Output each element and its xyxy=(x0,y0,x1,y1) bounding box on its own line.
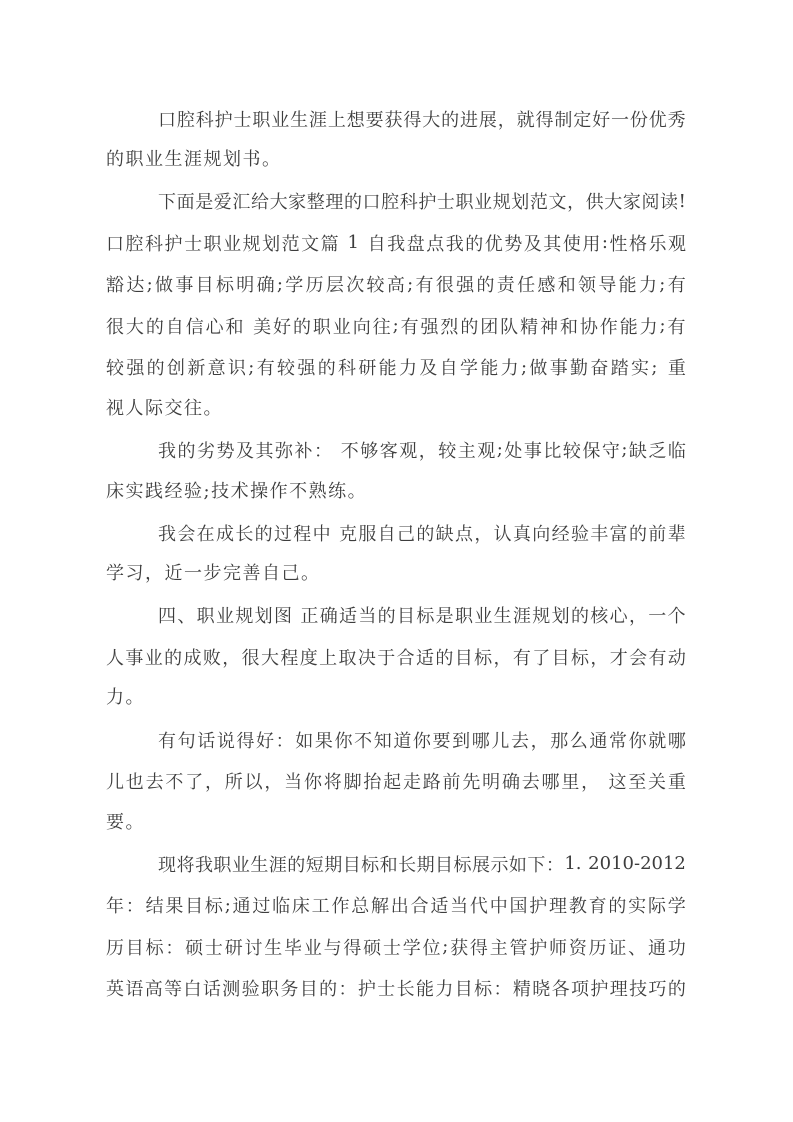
text-token: ; xyxy=(277,274,283,295)
text-token: 心 xyxy=(610,602,628,628)
text-line: 人事业的成败，很大程度上取决于合适的目标，有了目标，才会有动 xyxy=(106,636,686,677)
text-line: 年：结果目标;通过临床工作总解出合适当代中国护理教育的实际学 xyxy=(106,884,686,925)
text-token: 不 xyxy=(341,437,359,463)
text-token: 涯 xyxy=(309,106,327,132)
text-token: 职 xyxy=(197,602,215,628)
text-token: ; xyxy=(248,357,254,378)
text-token: 动 xyxy=(668,644,686,670)
text-token: 如 xyxy=(295,727,313,753)
text-token: 自 xyxy=(166,313,184,339)
text-token: 职 xyxy=(204,230,222,256)
text-token: 标 xyxy=(216,271,234,297)
text-token: 就 xyxy=(517,106,535,132)
document-body: 口腔科护士职业生涯上想要获得大的进展，就得制定好一份优秀的职业生涯规划书。下面是… xyxy=(106,98,686,1009)
text-token: ， xyxy=(419,437,437,463)
text-token: 划 xyxy=(552,602,570,628)
text-token: 爱 xyxy=(214,188,232,214)
text-token: 有 xyxy=(668,313,686,339)
text-token: 学 xyxy=(460,354,478,380)
text-token: 口 xyxy=(106,230,124,256)
text-token: 技 xyxy=(629,975,647,1001)
text-token: 管 xyxy=(509,934,527,960)
text-token: 关 xyxy=(648,768,666,794)
text-token: 的 xyxy=(629,520,647,546)
text-token: 规 xyxy=(532,602,550,628)
text-line: 视人际交往。 xyxy=(106,388,686,429)
text-token: 学 xyxy=(285,271,303,297)
text-token: 客 xyxy=(380,437,398,463)
text-token: 协 xyxy=(580,313,598,339)
text-token: 明 xyxy=(482,768,500,794)
text-token: 代 xyxy=(470,892,488,918)
text-token: 较 xyxy=(277,354,295,380)
text-token: 语 xyxy=(125,975,143,1001)
text-token: 确 xyxy=(502,768,520,794)
text-token: 处 xyxy=(504,437,522,463)
text-token: 于 xyxy=(377,644,395,670)
text-token: 我 xyxy=(446,230,464,256)
text-token: ： xyxy=(276,727,294,753)
text-token: 得 xyxy=(403,106,421,132)
text-token: 床 xyxy=(292,892,310,918)
text-token: 我 xyxy=(195,851,213,877)
text-token: 示 xyxy=(490,851,508,877)
text-token: 不 xyxy=(354,727,372,753)
text-token: ; xyxy=(521,357,527,378)
text-token xyxy=(293,605,299,626)
text-token: 团 xyxy=(480,313,498,339)
text-token: 优 xyxy=(649,106,667,132)
text-token: 业 xyxy=(223,230,241,256)
text-token: 目 xyxy=(435,851,453,877)
text-token: 图 xyxy=(274,602,292,628)
text-token: 实 xyxy=(631,354,649,380)
text-token: 达 xyxy=(126,271,144,297)
text-token: 及 xyxy=(419,354,437,380)
text-token: 士 xyxy=(377,975,395,1001)
text-token: 力 xyxy=(640,313,658,339)
text-token: 路 xyxy=(423,768,441,794)
text-token: 硕 xyxy=(363,934,381,960)
text-token: 中 xyxy=(490,892,508,918)
text-token: 腔 xyxy=(126,230,144,256)
text-token: 家 xyxy=(288,188,306,214)
text-token: 短 xyxy=(306,851,324,877)
text-token: 劣 xyxy=(197,437,215,463)
text-token: 确 xyxy=(320,602,338,628)
text-token: 我 xyxy=(158,520,176,546)
text-token: 强 xyxy=(420,313,438,339)
text-token: 涯 xyxy=(513,602,531,628)
text-line: 较强的创新意识;有较强的科研能力及自学能力;做事勤奋踏实; 重 xyxy=(106,346,686,387)
text-token: 的 xyxy=(571,602,589,628)
text-token: 势 xyxy=(217,437,235,463)
text-token: 正 xyxy=(300,602,318,628)
text-token: 踏 xyxy=(611,354,629,380)
text-token: 要 xyxy=(433,727,451,753)
text-token: 划 xyxy=(511,188,529,214)
text-token: 士 xyxy=(234,106,252,132)
text-token: 观 xyxy=(477,437,495,463)
text-token: 职 xyxy=(455,602,473,628)
text-token: 的 xyxy=(164,644,182,670)
text-token: 现 xyxy=(158,851,176,877)
text-token: 有 xyxy=(649,644,667,670)
text-token: 到 xyxy=(452,727,470,753)
text-token: 有 xyxy=(257,354,275,380)
text-line: 口腔科护士职业生涯上想要获得大的进展，就得制定好一份优秀 xyxy=(106,98,686,139)
text-token: 职 xyxy=(213,851,231,877)
text-token: ， xyxy=(567,188,585,214)
text-token: 己 xyxy=(397,520,415,546)
text-token: 和 xyxy=(560,313,578,339)
text-token: 测 xyxy=(222,975,240,1001)
text-token: 你 xyxy=(334,727,352,753)
text-token: 如 xyxy=(509,851,527,877)
text-token: 道 xyxy=(393,727,411,753)
text-token: 目 xyxy=(343,851,361,877)
text-token: 神 xyxy=(540,313,558,339)
text-token: 很 xyxy=(242,644,260,670)
text-token: 下 xyxy=(527,851,545,877)
text-token: 导 xyxy=(598,271,616,297)
text-line: 力。 xyxy=(106,677,686,718)
text-token: 成 xyxy=(216,520,234,546)
text-token: 临 xyxy=(272,892,290,918)
text-token: ， xyxy=(205,768,223,794)
text-token: 标 xyxy=(474,975,492,1001)
text-token: 点 xyxy=(426,230,444,256)
text-token: 其 xyxy=(543,230,561,256)
text-token: 用 xyxy=(582,230,600,256)
text-token: 去 xyxy=(522,768,540,794)
text-token: 才 xyxy=(610,644,628,670)
text-token: 当 xyxy=(284,768,302,794)
text-token: 大 xyxy=(261,644,279,670)
text-token: 得 xyxy=(343,934,361,960)
text-token: 想 xyxy=(347,106,365,132)
text-token: 很 xyxy=(436,271,454,297)
text-token: 毕 xyxy=(284,934,302,960)
text-token: 是 xyxy=(436,602,454,628)
text-token: 的 xyxy=(293,313,311,339)
text-token: 力 xyxy=(435,975,453,1001)
text-token: 等 xyxy=(164,975,182,1001)
text-token: 巧 xyxy=(649,975,667,1001)
text-token: ， xyxy=(581,768,599,794)
text-token: 自 xyxy=(440,354,458,380)
text-token: 在 xyxy=(197,520,215,546)
text-token: 理 xyxy=(325,188,343,214)
text-token: 学 xyxy=(403,934,421,960)
text-token: ： xyxy=(546,851,564,877)
text-token: 工 xyxy=(312,892,330,918)
text-token: 识 xyxy=(228,354,246,380)
text-token: 的 xyxy=(668,975,686,1001)
text-token: : xyxy=(602,232,608,253)
text-token: 话 xyxy=(197,727,215,753)
text-token: 我 xyxy=(158,437,176,463)
text-token: 强 xyxy=(126,354,144,380)
text-token: 的 xyxy=(178,437,196,463)
text-token: 秀 xyxy=(668,106,686,132)
text-token: 的 xyxy=(378,602,396,628)
text-token: ： xyxy=(494,975,512,1001)
text-token: 力 xyxy=(639,271,657,297)
text-token: 会 xyxy=(629,644,647,670)
text-token: 生 xyxy=(250,851,268,877)
text-token: 次 xyxy=(346,271,364,297)
text-token xyxy=(334,439,340,460)
text-token: ： xyxy=(126,892,144,918)
text-line: 历目标：硕士研讨生毕业与得硕士学位;获得主管护师资历证、通功 xyxy=(106,926,686,967)
text-token: 确 xyxy=(257,271,275,297)
text-token: 理 xyxy=(610,975,628,1001)
text-token: 当 xyxy=(358,602,376,628)
text-token: ， xyxy=(264,768,282,794)
text-token: 士 xyxy=(205,934,223,960)
text-token: 晓 xyxy=(532,975,550,1001)
text-token: 通 xyxy=(589,727,607,753)
text-token: 及 xyxy=(236,437,254,463)
text-token xyxy=(582,853,588,874)
text-token: 、 xyxy=(177,602,195,628)
text-token: 保 xyxy=(582,437,600,463)
text-token: 2010-2012 xyxy=(588,853,686,874)
text-token: 力 xyxy=(501,354,519,380)
text-token: 标 xyxy=(454,851,472,877)
text-token: 成 xyxy=(184,644,202,670)
text-token: 标 xyxy=(474,644,492,670)
text-line: 我的劣势及其弥补： 不够客观，较主观;处事比较保守;缺乏临 xyxy=(106,429,686,470)
text-token: 的 xyxy=(287,851,305,877)
text-token: 自 xyxy=(368,230,386,256)
text-token: 向 xyxy=(353,313,371,339)
text-token: 乐 xyxy=(648,230,666,256)
text-token: 重 xyxy=(668,354,686,380)
text-token: 起 xyxy=(383,768,401,794)
text-token: 业 xyxy=(474,188,492,214)
text-token: 乏 xyxy=(648,437,666,463)
text-token: 涯 xyxy=(269,851,287,877)
text-token: 儿 xyxy=(491,727,509,753)
text-token: 事 xyxy=(175,271,193,297)
text-token: 大 xyxy=(604,188,622,214)
text-token: 任 xyxy=(517,271,535,297)
text-token: 家 xyxy=(623,188,641,214)
text-token: 做 xyxy=(529,354,547,380)
text-line: 儿也去不了，所以，当你将脚抬起走路前先明确去哪里， 这至关重 xyxy=(106,760,686,801)
text-token: 其 xyxy=(256,437,274,463)
text-token: 决 xyxy=(358,644,376,670)
text-token: 规 xyxy=(235,602,253,628)
text-token: 研 xyxy=(225,934,243,960)
text-token: 心 xyxy=(206,313,224,339)
text-token: 好 xyxy=(592,106,610,132)
text-token: 目 xyxy=(300,975,318,1001)
text-token: 的 xyxy=(344,188,362,214)
text-token: 硕 xyxy=(185,934,203,960)
text-token: 点 xyxy=(455,520,473,546)
text-token: 的 xyxy=(465,230,483,256)
text-line: 英语高等白话测验职务目的：护士长能力目标：精晓各项护理技巧的 xyxy=(106,967,686,1008)
text-token: ， xyxy=(494,644,512,670)
text-token: 和 xyxy=(558,271,576,297)
text-token: 有 xyxy=(158,727,176,753)
text-token: 篇 xyxy=(321,230,339,256)
text-token: 展 xyxy=(479,106,497,132)
text-token: 学 xyxy=(668,892,686,918)
text-token: 有 xyxy=(401,313,419,339)
text-token: 你 xyxy=(629,727,647,753)
text-token: 护 xyxy=(590,975,608,1001)
text-token: 士 xyxy=(184,230,202,256)
text-token: 各 xyxy=(552,975,570,1001)
text-token: 获 xyxy=(385,106,403,132)
text-token: 补 xyxy=(295,437,313,463)
text-token: 哪 xyxy=(542,768,560,794)
text-token: 士 xyxy=(383,934,401,960)
text-token: 长 xyxy=(398,851,416,877)
text-token: 能 xyxy=(620,313,638,339)
text-token: 经 xyxy=(552,520,570,546)
text-token: ; xyxy=(407,274,413,295)
text-token: 我 xyxy=(387,230,405,256)
text-token: 抬 xyxy=(363,768,381,794)
text-token: 守 xyxy=(602,437,620,463)
text-token: 领 xyxy=(578,271,596,297)
text-line: 四、职业规划图 正确适当的目标是职业生涯规划的核心，一个 xyxy=(106,595,686,636)
text-token: 至 xyxy=(628,768,646,794)
text-token: 获 xyxy=(450,934,468,960)
text-token: 力 xyxy=(399,354,417,380)
text-token: 创 xyxy=(167,354,185,380)
text-token: 脚 xyxy=(344,768,362,794)
text-token: 果 xyxy=(315,727,333,753)
text-token: 很 xyxy=(106,313,124,339)
text-token: 历 xyxy=(589,934,607,960)
text-token: ： xyxy=(339,975,357,1001)
text-token: 勤 xyxy=(570,354,588,380)
text-token: 将 xyxy=(324,768,342,794)
text-token: 业 xyxy=(232,851,250,877)
text-token: 士 xyxy=(437,188,455,214)
text-token: ; xyxy=(660,315,666,336)
text-token: 所 xyxy=(225,768,243,794)
text-token: 通 xyxy=(648,934,666,960)
text-token: 句 xyxy=(178,727,196,753)
text-token: 功 xyxy=(668,934,686,960)
text-token: 以 xyxy=(245,768,263,794)
text-token: 观 xyxy=(399,437,417,463)
text-token: 份 xyxy=(630,106,648,132)
text-token: 得 xyxy=(536,106,554,132)
text-token: 自 xyxy=(378,520,396,546)
text-token: 理 xyxy=(549,892,567,918)
text-token: 也 xyxy=(126,768,144,794)
text-token: ; xyxy=(225,895,231,916)
text-token: 护 xyxy=(165,230,183,256)
text-token: 腔 xyxy=(381,188,399,214)
text-token: 能 xyxy=(416,975,434,1001)
text-token: 适 xyxy=(416,644,434,670)
text-token: 与 xyxy=(324,934,342,960)
text-token: 期 xyxy=(324,851,342,877)
text-token: 有 xyxy=(416,271,434,297)
text-token: 1. xyxy=(564,853,581,874)
text-token: 的 xyxy=(441,106,459,132)
text-token: 业 xyxy=(271,106,289,132)
text-token: 生 xyxy=(290,106,308,132)
text-token: 文 xyxy=(548,188,566,214)
text-token: 去 xyxy=(511,727,529,753)
text-token: 适 xyxy=(339,602,357,628)
text-token: 教 xyxy=(569,892,587,918)
text-token: 和 xyxy=(226,313,244,339)
text-token: 目 xyxy=(455,975,473,1001)
text-token: 话 xyxy=(203,975,221,1001)
text-token: ; xyxy=(659,274,665,295)
text-token xyxy=(601,770,607,791)
text-token: 感 xyxy=(537,271,555,297)
text-token: 的 xyxy=(319,975,337,1001)
text-token: 程 xyxy=(293,520,311,546)
text-token: ： xyxy=(165,934,183,960)
text-token: 中 xyxy=(313,520,331,546)
text-token: 强 xyxy=(456,271,474,297)
text-token: 目 xyxy=(185,892,203,918)
text-line: 很大的自信心和 美好的职业向往;有强烈的团队精神和协作能力;有 xyxy=(106,305,686,346)
text-token: 下 xyxy=(158,188,176,214)
text-token: 弥 xyxy=(275,437,293,463)
text-token: 性 xyxy=(609,230,627,256)
text-token: 要 xyxy=(366,106,384,132)
text-token: 业 xyxy=(145,644,163,670)
text-token: 能 xyxy=(619,271,637,297)
text-token: 明 xyxy=(236,271,254,297)
text-token xyxy=(332,522,338,543)
text-token: 解 xyxy=(371,892,389,918)
text-token: 向 xyxy=(532,520,550,546)
text-token: 进 xyxy=(460,106,478,132)
text-token: 克 xyxy=(339,520,357,546)
text-token: 那 xyxy=(550,727,568,753)
text-token: 研 xyxy=(358,354,376,380)
text-token: 知 xyxy=(374,727,392,753)
text-token: 划 xyxy=(255,602,273,628)
text-token: 年 xyxy=(106,892,124,918)
text-token: 好 xyxy=(273,313,291,339)
text-token: 出 xyxy=(391,892,409,918)
text-token: 合 xyxy=(397,644,415,670)
text-token: ; xyxy=(393,315,399,336)
text-token: 核 xyxy=(590,602,608,628)
text-token: 了 xyxy=(185,768,203,794)
text-token: 目 xyxy=(196,271,214,297)
text-token: 白 xyxy=(184,975,202,1001)
text-token: 果 xyxy=(165,892,183,918)
text-token: 业 xyxy=(474,602,492,628)
text-token: 供 xyxy=(586,188,604,214)
text-token: ; xyxy=(621,439,627,460)
text-token: 际 xyxy=(648,892,666,918)
text-token: 阅 xyxy=(641,188,659,214)
text-token: 适 xyxy=(430,892,448,918)
text-token: 职 xyxy=(252,106,270,132)
text-token: 汇 xyxy=(232,188,250,214)
text-token: 面 xyxy=(177,188,195,214)
text-token: 位 xyxy=(423,934,441,960)
